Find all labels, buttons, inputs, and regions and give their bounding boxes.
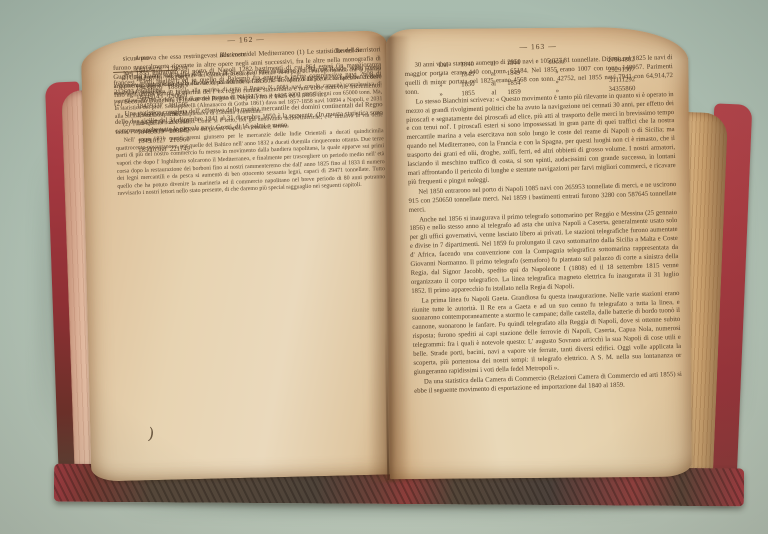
photo-of-open-book: — 162 — sicura prova che essa restringev… (0, 0, 768, 534)
left-page-text: — 162 — sicura prova che essa restringev… (112, 30, 395, 464)
footnote: Nell' anno 1831 questi premi giunsero pe… (116, 128, 386, 198)
right-page-paragraphs: 30 anni vi era stato un aumento di 2950 … (404, 54, 682, 397)
paragraph: Anche nel 1856 si inaugurava il primo te… (409, 208, 679, 296)
right-page-text: — 163 — 30 anni vi era stato un aumento … (404, 38, 684, 466)
paragraph: Lo stesso Bianchini scriveva: « Questo m… (406, 91, 677, 188)
footnotes: (1) Luigi Torelli. Nell' Avvenire del Co… (113, 66, 385, 199)
paragraph: La prima linea fu Napoli Gaeta. Grandios… (411, 290, 681, 378)
